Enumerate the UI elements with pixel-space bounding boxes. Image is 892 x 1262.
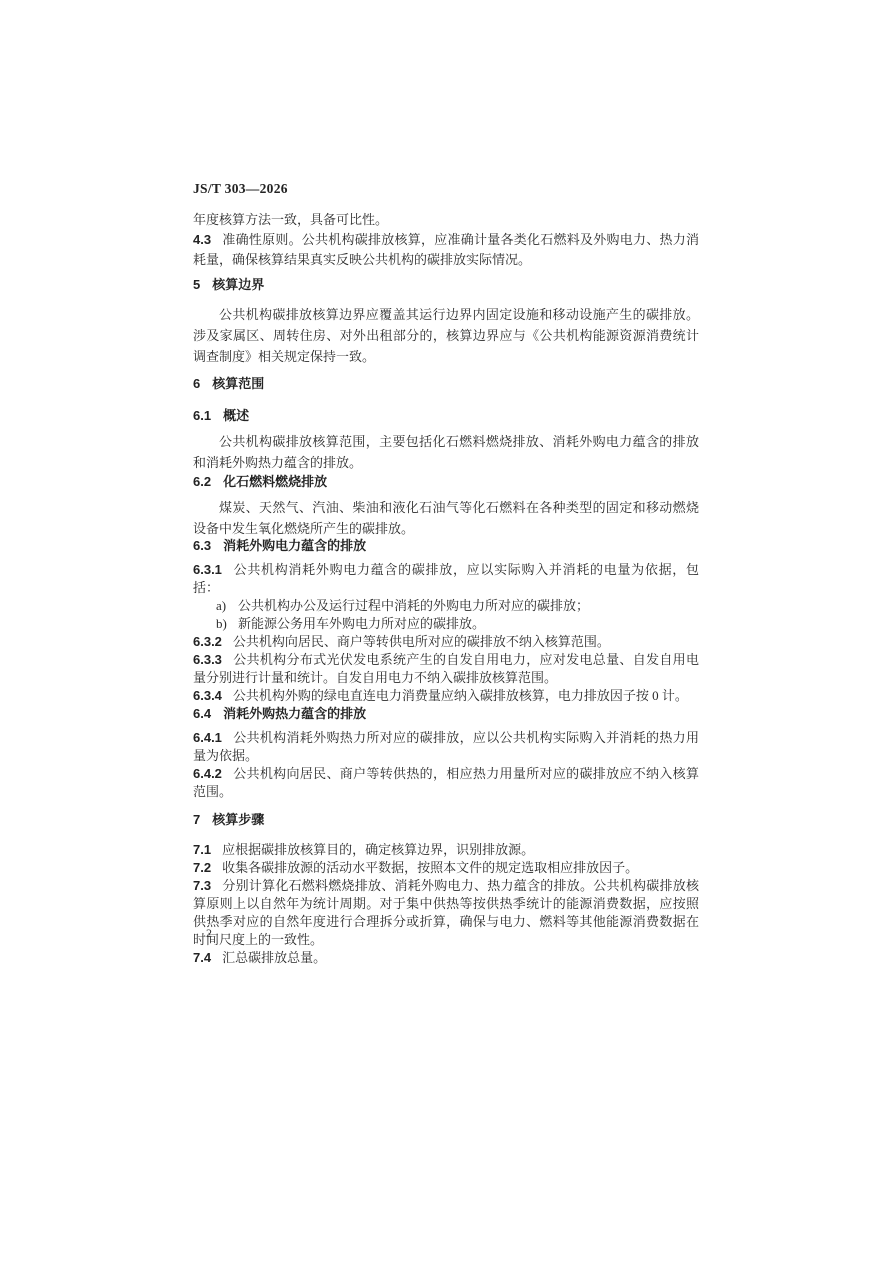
section-title: 消耗外购热力蕴含的排放 [223, 706, 366, 721]
list-item-b: b)新能源公务用车外购电力所对应的碳排放。 [193, 615, 699, 633]
section-heading-7: 7核算步骤 [193, 813, 699, 827]
clause-text: 分别计算化石燃料燃烧排放、消耗外购电力、热力蕴含的排放。公共机构碳排放核算原则上… [193, 878, 699, 947]
page-number: 2 [206, 926, 212, 941]
list-item-a: a)公共机构办公及运行过程中消耗的外购电力所对应的碳排放； [193, 597, 699, 615]
subsection-heading-6-1: 6.1概述 [193, 409, 699, 423]
clause-number: 4.3 [193, 232, 211, 247]
paragraph: 公共机构碳排放核算范围，主要包括化石燃料燃烧排放、消耗外购电力蕴含的排放和消耗外… [193, 431, 699, 473]
clause-text: 应根据碳排放核算目的，确定核算边界，识别排放源。 [222, 842, 534, 857]
section-title: 消耗外购电力蕴含的排放 [223, 538, 366, 553]
clause-4-3: 4.3准确性原则。公共机构碳排放核算，应准确计量各类化石燃料及外购电力、热力消耗… [193, 230, 699, 270]
section-number: 6.2 [193, 475, 211, 489]
clause-6-4-2: 6.4.2公共机构向居民、商户等转供热的，相应热力用量所对应的碳排放应不纳入核算… [193, 765, 699, 801]
list-text: 新能源公务用车外购电力所对应的碳排放。 [238, 616, 485, 631]
clause-text: 准确性原则。公共机构碳排放核算，应准确计量各类化石燃料及外购电力、热力消耗量，确… [193, 232, 699, 267]
paragraph: 公共机构碳排放核算边界应覆盖其运行边界内固定设施和移动设施产生的碳排放。涉及家属… [193, 304, 699, 367]
standard-number-header: JS/T 303—2026 [193, 182, 699, 196]
clause-number: 6.3.3 [193, 652, 222, 667]
clause-text: 公共机构外购的绿电直连电力消费量应纳入碳排放核算，电力排放因子按 0 计。 [233, 688, 688, 703]
clause-text: 汇总碳排放总量。 [222, 950, 326, 965]
clause-6-3-3: 6.3.3公共机构分布式光伏发电系统产生的自发自用电力，应对发电总量、自发自用电… [193, 651, 699, 687]
section-title: 化石燃料燃烧排放 [223, 474, 327, 489]
clause-7-1: 7.1应根据碳排放核算目的，确定核算边界，识别排放源。 [193, 841, 699, 859]
list-text: 公共机构办公及运行过程中消耗的外购电力所对应的碳排放； [238, 598, 589, 613]
clause-7-2: 7.2收集各碳排放源的活动水平数据，按照本文件的规定选取相应排放因子。 [193, 859, 699, 877]
clause-text: 公共机构分布式光伏发电系统产生的自发自用电力，应对发电总量、自发自用电量分别进行… [193, 652, 699, 685]
subsection-heading-6-3: 6.3消耗外购电力蕴含的排放 [193, 539, 699, 553]
clause-number: 7.4 [193, 950, 211, 965]
section-number: 6.3 [193, 539, 211, 553]
section-number: 6 [193, 377, 200, 391]
subsection-heading-6-2: 6.2化石燃料燃烧排放 [193, 475, 699, 489]
clause-6-3-2: 6.3.2公共机构向居民、商户等转供电所对应的碳排放不纳入核算范围。 [193, 633, 699, 651]
clause-text: 公共机构消耗外购热力所对应的碳排放，应以公共机构实际购入并消耗的热力用量为依据。 [193, 730, 699, 763]
clause-text: 收集各碳排放源的活动水平数据，按照本文件的规定选取相应排放因子。 [222, 860, 638, 875]
clause-number: 6.4.2 [193, 766, 222, 781]
clause-text: 公共机构向居民、商户等转供电所对应的碳排放不纳入核算范围。 [233, 634, 610, 649]
document-page: JS/T 303—2026 年度核算方法一致，具备可比性。 4.3准确性原则。公… [0, 0, 892, 1262]
clause-number: 6.3.4 [193, 688, 222, 703]
clause-number: 6.3.2 [193, 634, 222, 649]
section-heading-6: 6核算范围 [193, 377, 699, 391]
document-body: JS/T 303—2026 年度核算方法一致，具备可比性。 4.3准确性原则。公… [193, 182, 699, 967]
clause-6-3-1: 6.3.1公共机构消耗外购电力蕴含的碳排放，应以实际购入并消耗的电量为依据，包括… [193, 561, 699, 597]
clause-number: 7.3 [193, 878, 211, 893]
section-number: 7 [193, 813, 200, 827]
list-marker: a) [216, 597, 238, 615]
clause-7-3: 7.3分别计算化石燃料燃烧排放、消耗外购电力、热力蕴含的排放。公共机构碳排放核算… [193, 877, 699, 949]
section-number: 5 [193, 278, 200, 292]
paragraph: 煤炭、天然气、汽油、柴油和液化石油气等化石燃料在各种类型的固定和移动燃烧设备中发… [193, 497, 699, 539]
clause-number: 7.2 [193, 860, 211, 875]
clause-number: 6.3.1 [193, 562, 222, 577]
section-title: 概述 [223, 408, 249, 423]
section-title: 核算范围 [212, 376, 264, 391]
clause-number: 7.1 [193, 842, 211, 857]
clause-6-3-4: 6.3.4公共机构外购的绿电直连电力消费量应纳入碳排放核算，电力排放因子按 0 … [193, 687, 699, 705]
clause-text: 公共机构消耗外购电力蕴含的碳排放，应以实际购入并消耗的电量为依据，包括： [193, 562, 699, 595]
section-number: 6.4 [193, 707, 211, 721]
clause-7-4: 7.4汇总碳排放总量。 [193, 949, 699, 967]
list-marker: b) [216, 615, 238, 633]
section-number: 6.1 [193, 409, 211, 423]
subsection-heading-6-4: 6.4消耗外购热力蕴含的排放 [193, 707, 699, 721]
clause-6-4-1: 6.4.1公共机构消耗外购热力所对应的碳排放，应以公共机构实际购入并消耗的热力用… [193, 729, 699, 765]
section-heading-5: 5核算边界 [193, 278, 699, 292]
section-title: 核算步骤 [212, 812, 264, 827]
clause-number: 6.4.1 [193, 730, 222, 745]
section-title: 核算边界 [212, 277, 264, 292]
paragraph: 年度核算方法一致，具备可比性。 [193, 210, 699, 230]
clause-text: 公共机构向居民、商户等转供热的，相应热力用量所对应的碳排放应不纳入核算范围。 [193, 766, 699, 799]
